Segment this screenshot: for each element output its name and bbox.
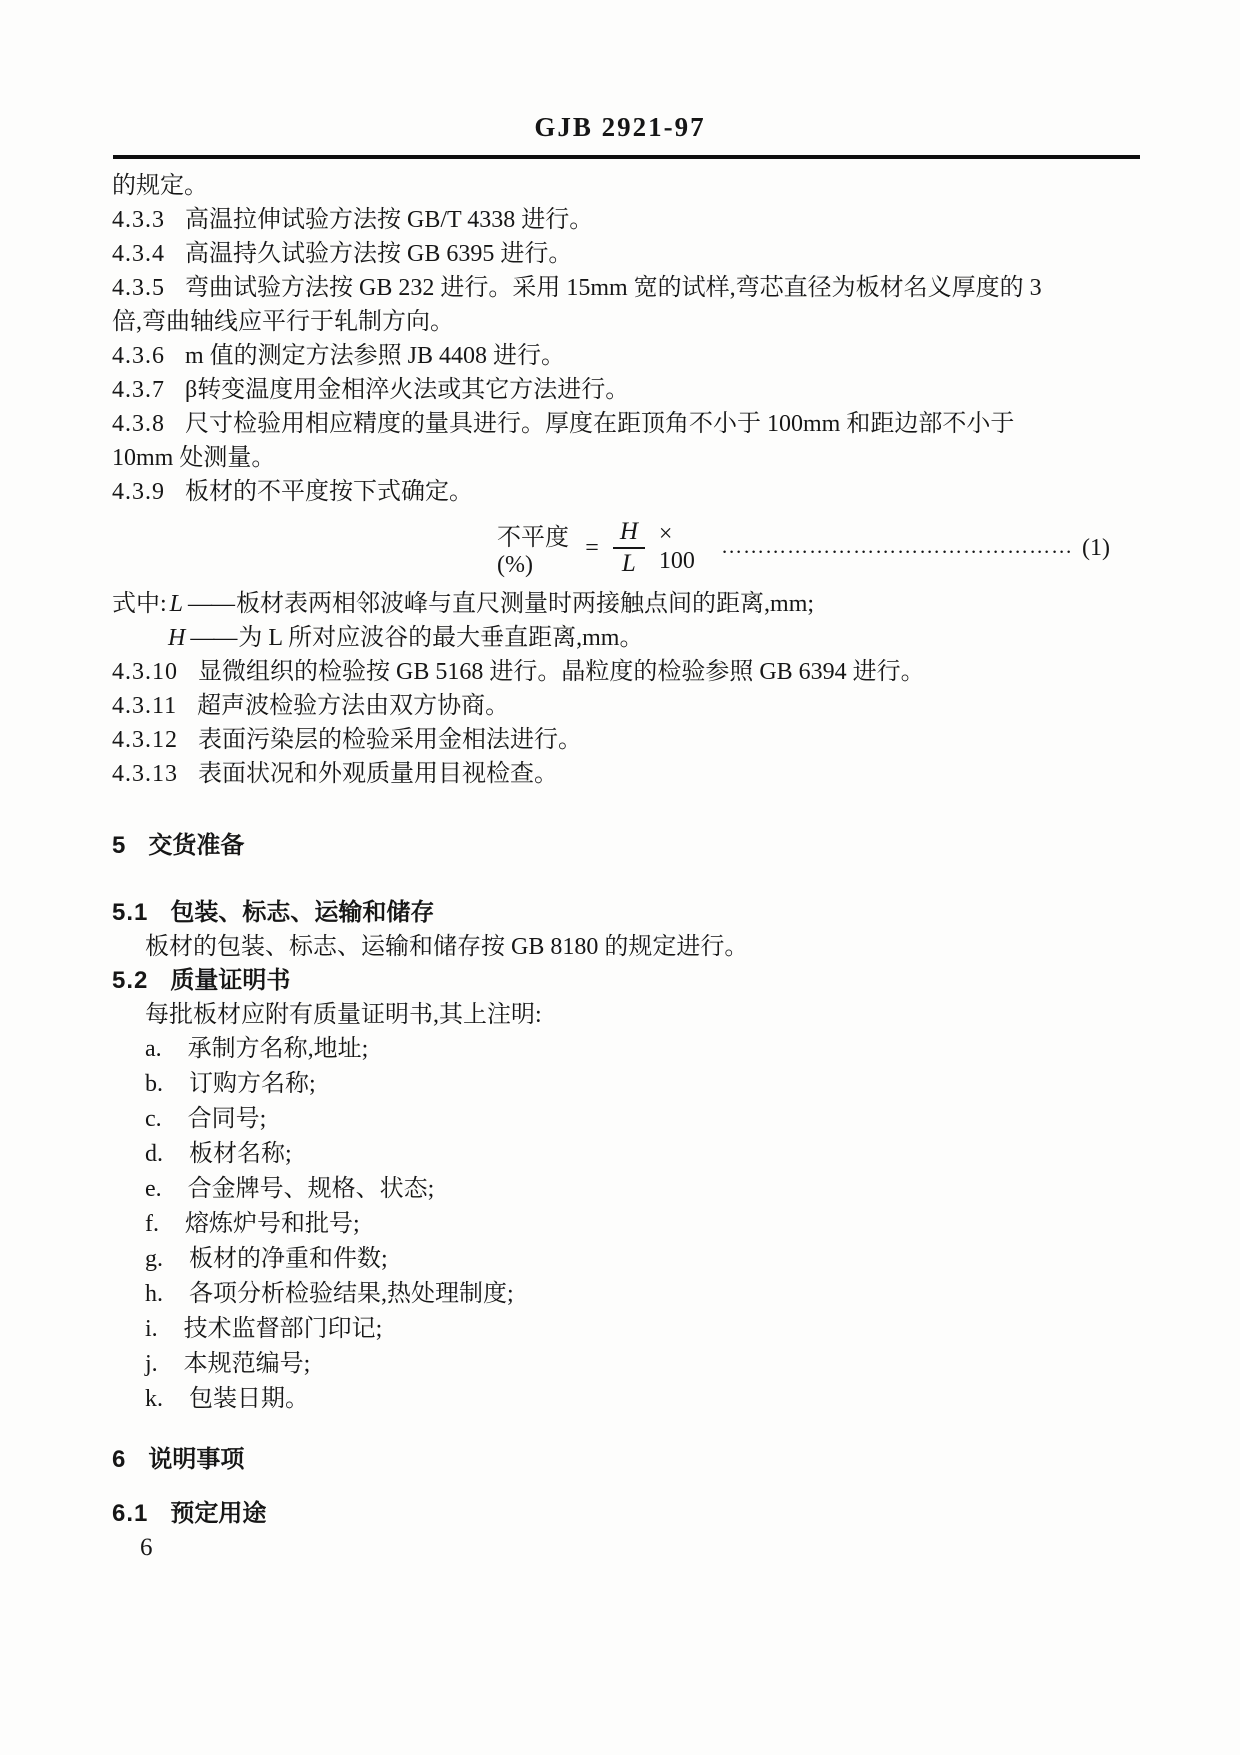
clause-text: β转变温度用金相淬火法或其它方法进行。	[185, 373, 629, 407]
legend-dash: ——	[188, 625, 238, 651]
clause-text: 表面状况和外观质量用目视检查。	[198, 757, 558, 791]
list-text: 技术监督部门印记;	[184, 1312, 383, 1347]
legend-prefix: 式中:	[112, 591, 167, 617]
list-letter: b.	[145, 1067, 163, 1102]
clause-number: 4.3.6	[112, 339, 165, 373]
clause-4-3-12: 4.3.12 表面污染层的检验采用金相法进行。	[112, 723, 1138, 757]
page-header: GJB 2921-97	[0, 0, 1240, 159]
formula-legend-H: H——为 L 所对应波谷的最大垂直距离,mm。	[112, 621, 1138, 655]
list-item-b: b. 订购方名称;	[112, 1067, 1138, 1102]
list-item-d: d. 板材名称;	[112, 1137, 1138, 1172]
section-heading-6-1: 6.1 预定用途	[112, 1497, 1138, 1531]
list-letter: k.	[145, 1382, 163, 1417]
document-page: GJB 2921-97 的规定。 4.3.3 高温拉伸试验方法按 GB/T 43…	[0, 0, 1240, 1755]
list-letter: a.	[145, 1032, 162, 1067]
section-heading-5-2: 5.2 质量证明书	[112, 964, 1138, 998]
list-letter: i.	[145, 1312, 158, 1347]
clause-number: 4.3.7	[112, 373, 165, 407]
list-text: 合同号;	[188, 1102, 267, 1137]
section-heading-6: 6 说明事项	[112, 1443, 1138, 1477]
section-number: 5	[112, 829, 126, 863]
section-title: 说明事项	[148, 1443, 244, 1477]
list-text: 熔炼炉号和批号;	[185, 1207, 360, 1242]
clause-number: 4.3.5	[112, 271, 165, 305]
formula-legend-L: 式中:L——板材表两相邻波峰与直尺测量时两接触点间的距离,mm;	[112, 587, 1138, 621]
list-item-h: h. 各项分析检验结果,热处理制度;	[112, 1277, 1138, 1312]
clause-4-3-5: 4.3.5 弯曲试验方法按 GB 232 进行。采用 15mm 宽的试样,弯芯直…	[112, 271, 1138, 305]
list-letter: e.	[145, 1172, 162, 1207]
document-body: 的规定。 4.3.3 高温拉伸试验方法按 GB/T 4338 进行。 4.3.4…	[112, 169, 1138, 1565]
list-item-c: c. 合同号;	[112, 1102, 1138, 1137]
section-number: 5.1	[112, 896, 148, 930]
list-item-i: i. 技术监督部门印记;	[112, 1312, 1138, 1347]
formula-multiplier: × 100	[659, 521, 699, 575]
clause-text: 显微组织的检验按 GB 5168 进行。晶粒度的检验参照 GB 6394 进行。	[198, 655, 925, 689]
dotted-leader: …………………………………………………………	[721, 534, 1072, 563]
clause-4-3-5-continuation: 倍,弯曲轴线应平行于轧制方向。	[112, 305, 1138, 339]
clause-number: 4.3.8	[112, 407, 165, 441]
legend-dash: ——	[186, 591, 236, 617]
paragraph-packaging: 板材的包装、标志、运输和储存按 GB 8180 的规定进行。	[112, 930, 1138, 964]
clause-number: 4.3.4	[112, 237, 165, 271]
section-number: 6.1	[112, 1497, 148, 1531]
list-item-e: e. 合金牌号、规格、状态;	[112, 1172, 1138, 1207]
list-item-a: a. 承制方名称,地址;	[112, 1032, 1138, 1067]
legend-text: 为 L 所对应波谷的最大垂直距离,mm。	[238, 625, 643, 651]
clause-text: 尺寸检验用相应精度的量具进行。厚度在距顶角不小于 100mm 和距边部不小于	[185, 407, 1014, 441]
clause-number: 4.3.11	[112, 689, 177, 723]
clause-number: 4.3.9	[112, 475, 165, 509]
list-letter: f.	[145, 1207, 159, 1242]
clause-text: 高温拉伸试验方法按 GB/T 4338 进行。	[185, 203, 593, 237]
section-heading-5: 5 交货准备	[112, 829, 1138, 863]
clause-text: m 值的测定方法参照 JB 4408 进行。	[185, 339, 565, 373]
list-text: 包装日期。	[189, 1382, 309, 1417]
section-title: 交货准备	[148, 829, 244, 863]
clause-text: 弯曲试验方法按 GB 232 进行。采用 15mm 宽的试样,弯芯直径为板材名义…	[185, 271, 1042, 305]
section-title: 预定用途	[170, 1497, 266, 1531]
section-number: 6	[112, 1443, 126, 1477]
list-text: 本规范编号;	[184, 1347, 311, 1382]
section-heading-5-1: 5.1 包装、标志、运输和储存	[112, 896, 1138, 930]
legend-text: 板材表两相邻波峰与直尺测量时两接触点间的距离,mm;	[236, 591, 814, 617]
clause-4-3-8: 4.3.8 尺寸检验用相应精度的量具进行。厚度在距顶角不小于 100mm 和距边…	[112, 407, 1138, 441]
list-letter: d.	[145, 1137, 163, 1172]
equation-number: (1)	[1082, 535, 1110, 562]
list-letter: c.	[145, 1102, 162, 1137]
formula-unflatness: 不平度(%) = H L × 100 …………………………………………………………	[112, 516, 1138, 580]
equals-sign: =	[585, 535, 599, 562]
list-text: 订购方名称;	[189, 1067, 316, 1102]
list-letter: h.	[145, 1277, 163, 1312]
list-item-k: k. 包装日期。	[112, 1382, 1138, 1417]
clause-4-3-7: 4.3.7 β转变温度用金相淬火法或其它方法进行。	[112, 373, 1138, 407]
clause-text: 板材的不平度按下式确定。	[185, 475, 473, 509]
fraction-numerator: H	[613, 518, 645, 549]
list-item-j: j. 本规范编号;	[112, 1347, 1138, 1382]
paragraph-continuation: 的规定。	[112, 169, 1138, 203]
list-letter: j.	[145, 1347, 158, 1382]
section-title: 包装、标志、运输和储存	[170, 896, 434, 930]
standard-number: GJB 2921-97	[0, 112, 1240, 142]
fraction: H L	[613, 518, 645, 578]
section-number: 5.2	[112, 964, 148, 998]
clause-4-3-8-continuation: 10mm 处测量。	[112, 441, 1138, 475]
section-title: 质量证明书	[170, 964, 290, 998]
fraction-denominator: L	[622, 549, 636, 578]
variable-H: H	[165, 625, 188, 651]
paragraph-certificate-intro: 每批板材应附有质量证明书,其上注明:	[112, 998, 1138, 1032]
clause-4-3-11: 4.3.11 超声波检验方法由双方协商。	[112, 689, 1138, 723]
variable-L: L	[167, 591, 186, 617]
formula-lhs: 不平度(%)	[497, 517, 575, 579]
list-text: 板材的净重和件数;	[189, 1242, 388, 1277]
clause-4-3-3: 4.3.3 高温拉伸试验方法按 GB/T 4338 进行。	[112, 203, 1138, 237]
list-letter: g.	[145, 1242, 163, 1277]
header-rule	[113, 155, 1140, 159]
clause-text: 表面污染层的检验采用金相法进行。	[198, 723, 582, 757]
list-text: 板材名称;	[189, 1137, 292, 1172]
clause-number: 4.3.10	[112, 655, 178, 689]
list-item-f: f. 熔炼炉号和批号;	[112, 1207, 1138, 1242]
clause-number: 4.3.3	[112, 203, 165, 237]
list-text: 合金牌号、规格、状态;	[188, 1172, 435, 1207]
page-number: 6	[112, 1531, 1138, 1565]
clause-number: 4.3.13	[112, 757, 178, 791]
clause-4-3-10: 4.3.10 显微组织的检验按 GB 5168 进行。晶粒度的检验参照 GB 6…	[112, 655, 1138, 689]
clause-text: 超声波检验方法由双方协商。	[197, 689, 509, 723]
clause-4-3-4: 4.3.4 高温持久试验方法按 GB 6395 进行。	[112, 237, 1138, 271]
clause-text: 高温持久试验方法按 GB 6395 进行。	[185, 237, 572, 271]
clause-number: 4.3.12	[112, 723, 178, 757]
list-text: 各项分析检验结果,热处理制度;	[189, 1277, 514, 1312]
clause-4-3-13: 4.3.13 表面状况和外观质量用目视检查。	[112, 757, 1138, 791]
list-text: 承制方名称,地址;	[188, 1032, 369, 1067]
clause-4-3-9: 4.3.9 板材的不平度按下式确定。	[112, 475, 1138, 509]
clause-4-3-6: 4.3.6 m 值的测定方法参照 JB 4408 进行。	[112, 339, 1138, 373]
list-item-g: g. 板材的净重和件数;	[112, 1242, 1138, 1277]
